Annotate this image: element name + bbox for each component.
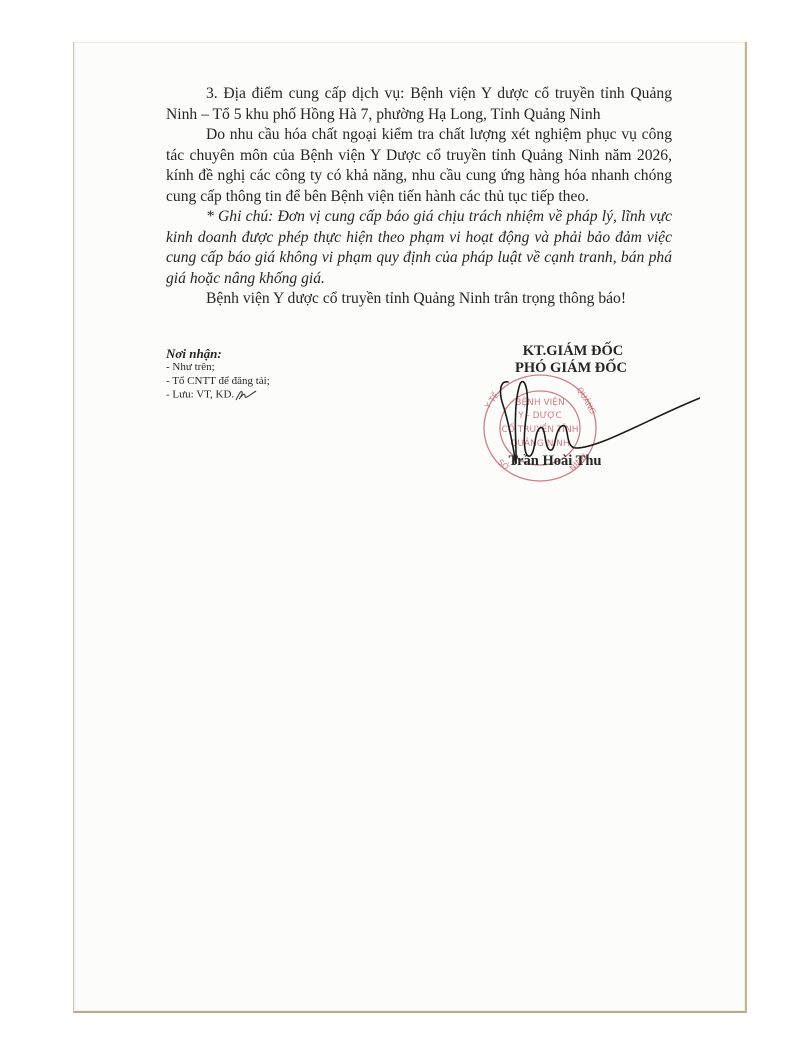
signer-title-line1: KT.GIÁM ĐỐC xyxy=(513,343,633,360)
recipients-title: Nơi nhận: xyxy=(166,347,270,361)
recipient-item: - Như trên; xyxy=(166,361,270,375)
paragraph-request: Do nhu cầu hóa chất ngoại kiểm tra chất … xyxy=(166,125,672,207)
recipient-item-text: - Lưu: VT, KD. xyxy=(166,389,234,401)
signer-name: Trần Hoài Thu xyxy=(500,453,610,470)
document-body: 3. Địa điểm cung cấp dịch vụ: Bệnh viện … xyxy=(166,84,672,310)
paragraph-closing: Bệnh viện Y dược cổ truyền tỉnh Quảng Ni… xyxy=(166,289,672,310)
initials-mark-icon xyxy=(234,388,258,402)
recipient-item: - Lưu: VT, KD. xyxy=(166,388,270,402)
recipients-block: Nơi nhận: - Như trên; - Tổ CNTT để đăng … xyxy=(166,347,270,402)
paragraph-location: 3. Địa điểm cung cấp dịch vụ: Bệnh viện … xyxy=(166,84,672,125)
signer-title-line2: PHÓ GIÁM ĐỐC xyxy=(506,360,636,377)
paragraph-note: * Ghi chú: Đơn vị cung cấp báo giá chịu … xyxy=(166,207,672,289)
recipient-item: - Tổ CNTT để đăng tải; xyxy=(166,375,270,389)
